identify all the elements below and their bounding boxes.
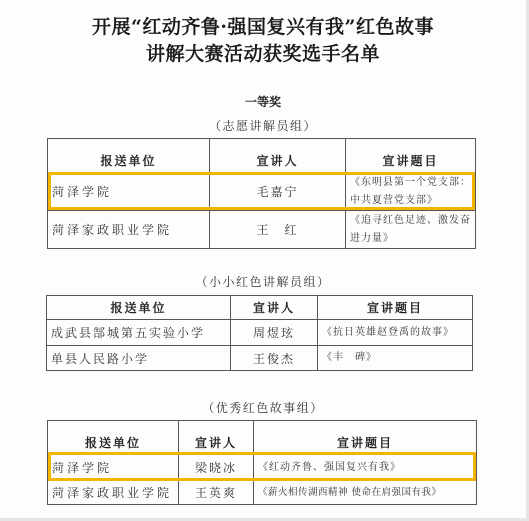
table-row: 菏泽学院 毛嘉宁 《东明县第一个党支部：中共夏营党支部》 [48,173,476,211]
cell-topic: 《东明县第一个党支部：中共夏营党支部》 [346,173,476,211]
header-topic: 宣讲题目 [318,296,473,320]
cell-topic: 《追寻红色足迹、激发奋进力量》 [346,211,476,249]
cell-speaker: 王英爽 [179,481,254,505]
prize-level-heading: 一等奖 [0,93,526,110]
header-speaker: 宣讲人 [231,296,318,320]
cell-speaker: 毛嘉宁 [210,173,346,211]
cell-unit: 菏泽家政职业学院 [48,481,179,505]
table-junior-group: 报送单位 宣讲人 宣讲题目 成武县郜城第五实验小学 周煜玹 《抗日英雄赵登禹的故… [46,295,473,371]
table-header-row: 报送单位 宣讲人 宣讲题目 [47,296,473,320]
table-row: 菏泽家政职业学院 王 红 《追寻红色足迹、激发奋进力量》 [48,211,476,249]
document-title-line1: 开展“红动齐鲁·强国复兴有我”红色故事 [0,12,526,39]
cell-topic: 《丰 碑》 [318,346,473,371]
header-topic: 宣讲题目 [254,421,477,455]
cell-unit: 菏泽家政职业学院 [48,211,210,249]
cell-topic: 《抗日英雄赵登禹的故事》 [318,320,473,346]
table-header-row: 报送单位 宣讲人 宣讲题目 [48,421,477,455]
group-heading-story: （优秀红色故事组） [0,399,526,416]
cell-unit: 菏泽学院 [48,173,210,211]
table-row: 菏泽学院 梁晓冰 《红动齐鲁、强国复兴有我》 [48,455,477,481]
cell-speaker: 梁晓冰 [179,455,254,481]
cell-unit: 成武县郜城第五实验小学 [47,320,231,346]
group-heading-volunteer: （志愿讲解员组） [0,117,526,134]
header-unit: 报送单位 [47,296,231,320]
document-page: 开展“红动齐鲁·强国复兴有我”红色故事 讲解大赛活动获奖选手名单 一等奖 （志愿… [0,0,526,518]
cell-topic: 《薪火相传湖西精神 使命在肩强国有我》 [254,481,477,505]
table-row: 单县人民路小学 王俊杰 《丰 碑》 [47,346,473,371]
header-speaker: 宣讲人 [210,139,346,173]
cell-speaker: 王俊杰 [231,346,318,371]
document-title-line2: 讲解大赛活动获奖选手名单 [0,39,526,66]
group-heading-junior: （小小红色讲解员组） [0,273,526,290]
cell-unit: 菏泽学院 [48,455,179,481]
header-unit: 报送单位 [48,421,179,455]
cell-topic: 《红动齐鲁、强国复兴有我》 [254,455,477,481]
table-volunteer-group: 报送单位 宣讲人 宣讲题目 菏泽学院 毛嘉宁 《东明县第一个党支部：中共夏营党支… [47,138,476,249]
header-topic: 宣讲题目 [346,139,476,173]
cell-speaker: 王 红 [210,211,346,249]
header-unit: 报送单位 [48,139,210,173]
table-story-group: 报送单位 宣讲人 宣讲题目 菏泽学院 梁晓冰 《红动齐鲁、强国复兴有我》 菏泽家… [47,420,477,505]
header-speaker: 宣讲人 [179,421,254,455]
table-row: 成武县郜城第五实验小学 周煜玹 《抗日英雄赵登禹的故事》 [47,320,473,346]
cell-unit: 单县人民路小学 [47,346,231,371]
table-row: 菏泽家政职业学院 王英爽 《薪火相传湖西精神 使命在肩强国有我》 [48,481,477,505]
cell-speaker: 周煜玹 [231,320,318,346]
table-header-row: 报送单位 宣讲人 宣讲题目 [48,139,476,173]
